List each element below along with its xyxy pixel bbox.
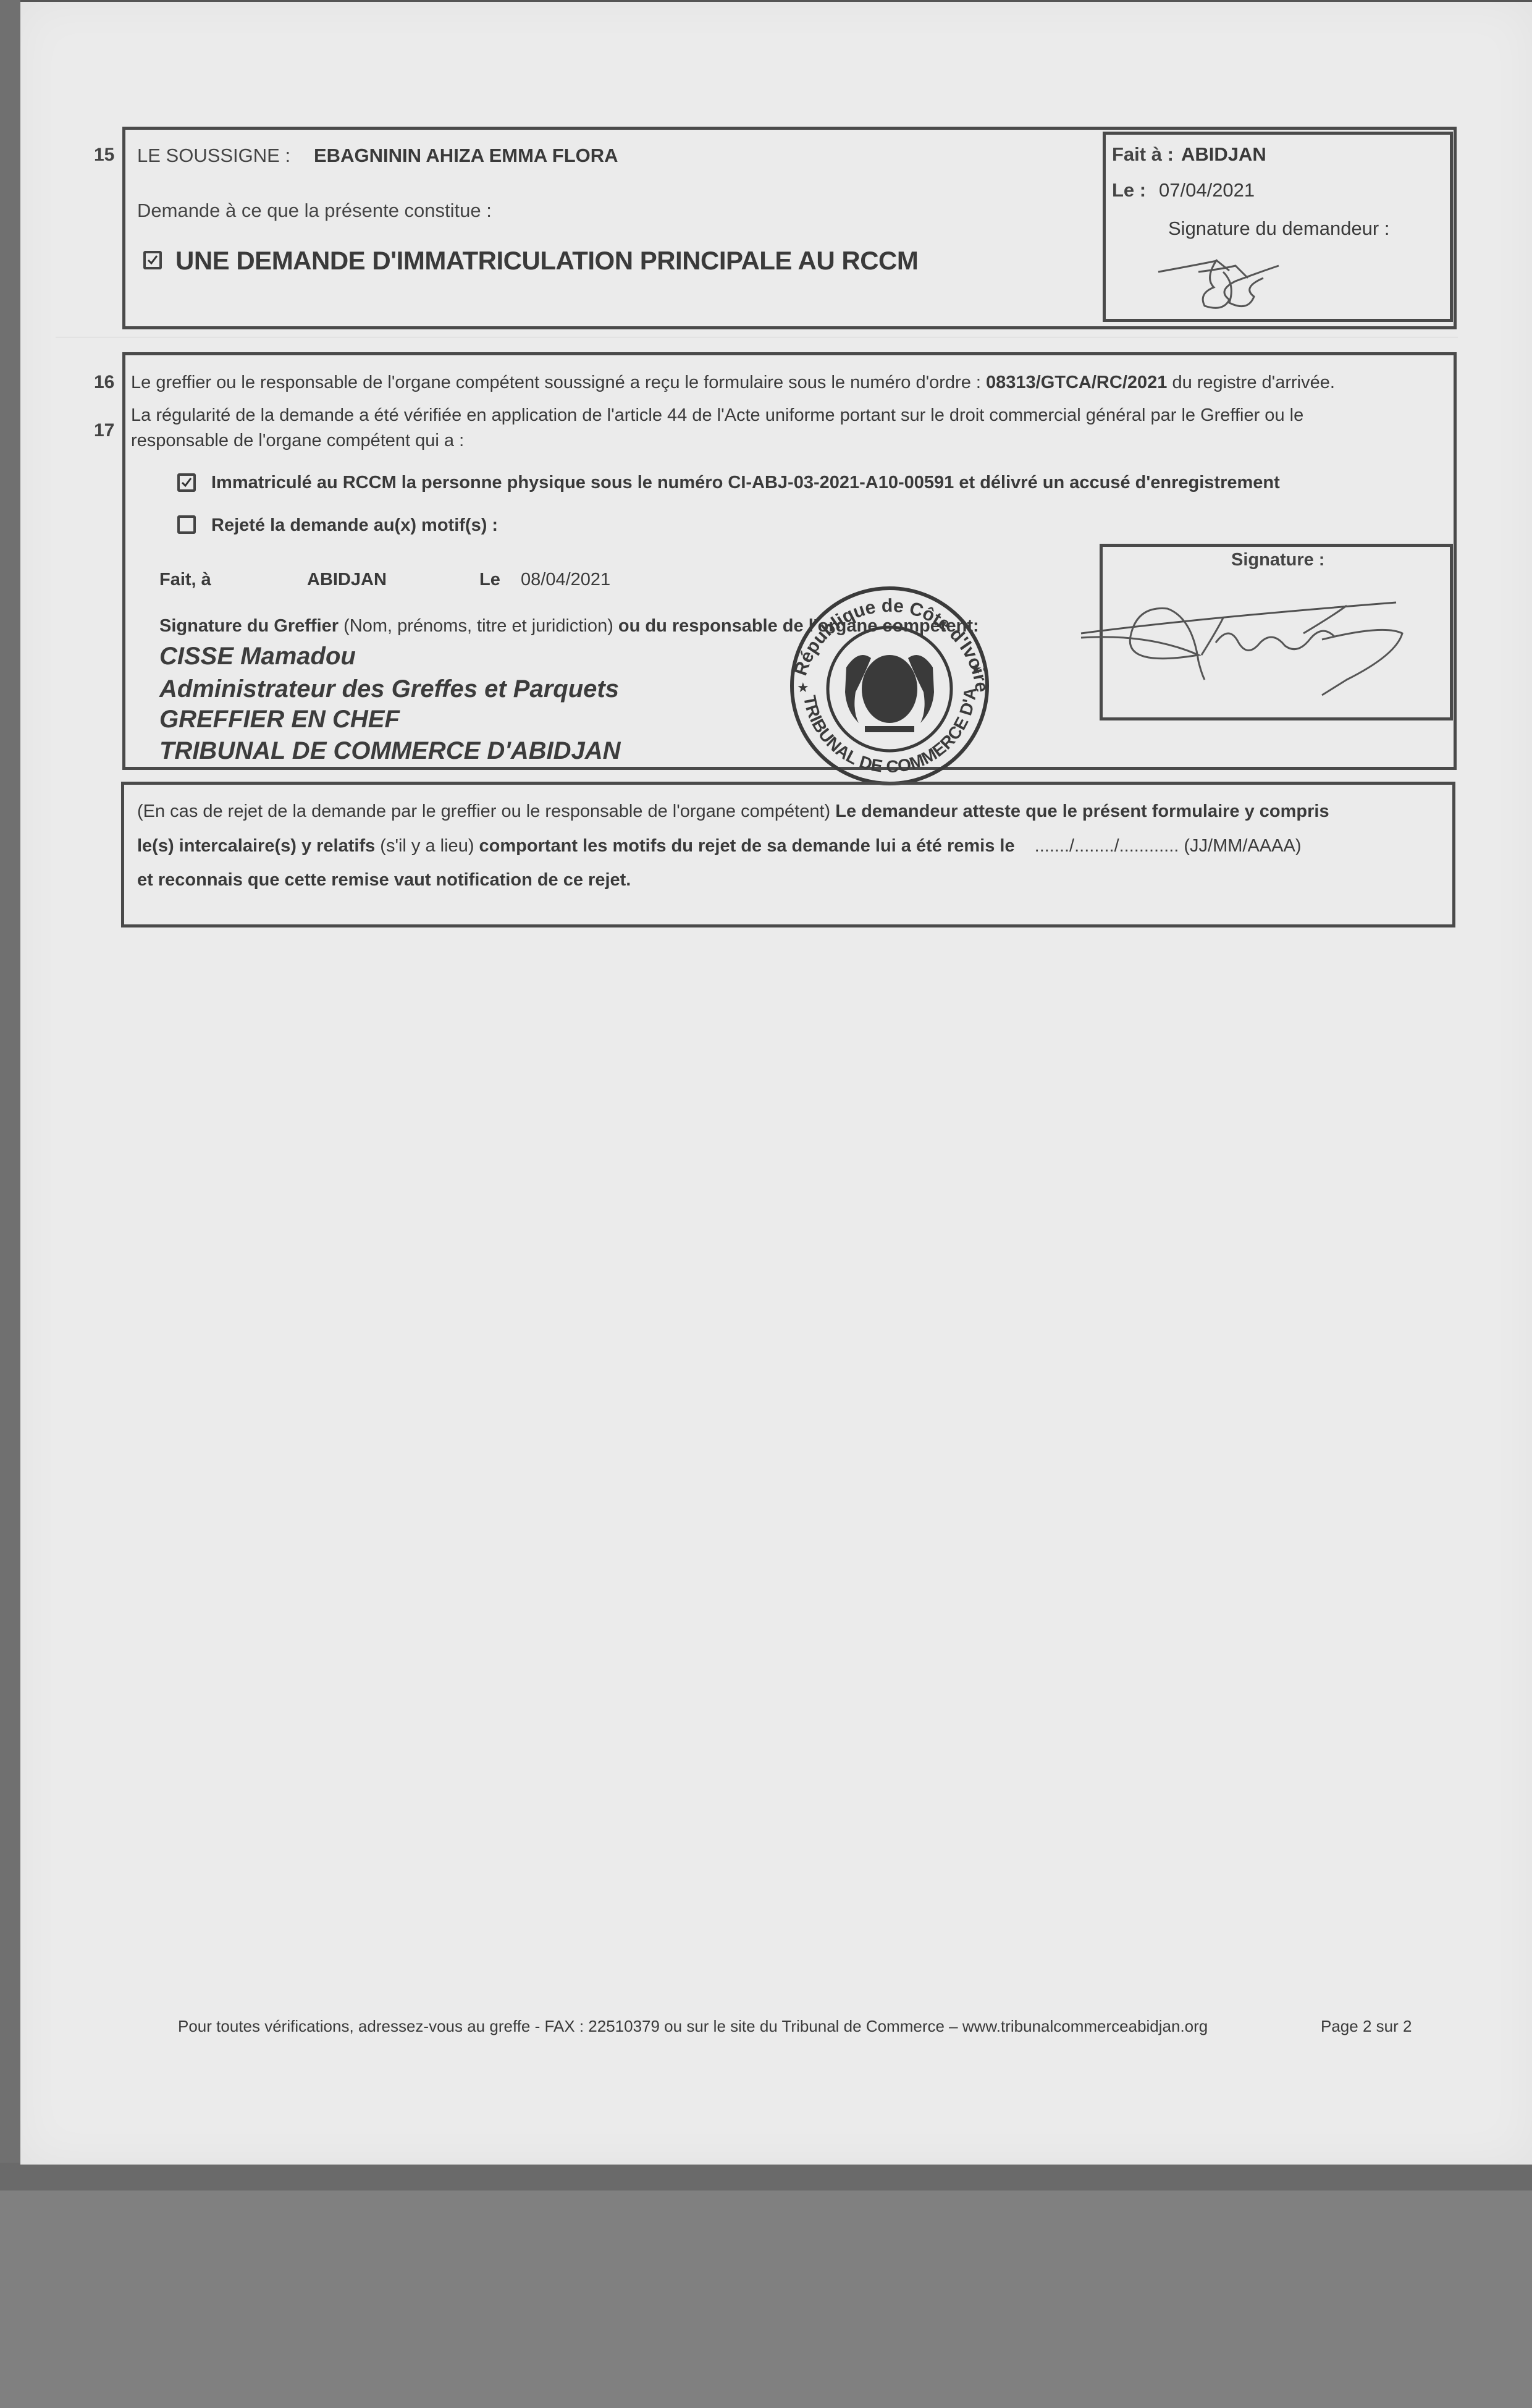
fait-value: ABIDJAN	[307, 570, 387, 590]
rejection-line-2: le(s) intercalaire(s) y relatifs (s'il y…	[137, 836, 1302, 856]
fait-a-value: ABIDJAN	[1181, 143, 1266, 166]
section-number-15: 15	[94, 145, 114, 166]
rejection-line-1: (En cas de rejet de la demande par le gr…	[137, 801, 1329, 822]
immatriculation-principale-checkbox[interactable]	[143, 251, 162, 269]
signature-greffier-bold: Signature du Greffier	[159, 616, 339, 636]
official-stamp-icon: République de Côte d'Ivoire TRIBUNAL DE …	[766, 581, 1013, 791]
soussigne-label: LE SOUSSIGNE :	[137, 145, 290, 167]
rejection-line-2-bold-a: le(s) intercalaire(s) y relatifs	[137, 836, 375, 856]
date-label: Le	[479, 570, 500, 590]
line-16-suffix: du registre d'arrivée.	[1172, 373, 1334, 392]
scanner-edge-left	[0, 0, 20, 2166]
greffier-name: CISSE Mamadou	[159, 643, 356, 670]
checkmark-icon	[180, 476, 193, 489]
line-17b: responsable de l'organe compétent qui a …	[131, 431, 464, 451]
fait-a-label: Fait à :	[1112, 143, 1174, 166]
order-number: 08313/GTCA/RC/2021	[986, 373, 1167, 392]
section-number-16: 16	[94, 372, 114, 393]
immatricule-suffix: et délivré un accusé d'enregistrement	[959, 473, 1279, 492]
rejection-date-format: (JJ/MM/AAAA)	[1184, 836, 1301, 856]
fait-label: Fait, à	[159, 570, 211, 590]
rejection-line-1-bold: Le demandeur atteste que le présent form…	[835, 801, 1329, 821]
rejete-checkbox[interactable]	[177, 515, 196, 534]
signature-label: Signature :	[1231, 550, 1324, 570]
greffier-signature-icon	[1075, 581, 1446, 717]
section-number-17: 17	[94, 420, 114, 441]
rccm-number: CI-ABJ-03-2021-A10-00591	[728, 473, 954, 492]
immatricule-checkbox[interactable]	[177, 473, 196, 492]
line-17a: La régularité de la demande a été vérifi…	[131, 405, 1303, 426]
date-value: 08/04/2021	[521, 570, 610, 590]
soussigne-name: EBAGNININ AHIZA EMMA FLORA	[314, 145, 618, 167]
footer-text: Pour toutes vérifications, adressez-vous…	[178, 2017, 1208, 2036]
rejection-line-1-normal: (En cas de rejet de la demande par le gr…	[137, 801, 830, 821]
demande-label: Demande à ce que la présente constitue :	[137, 200, 492, 222]
rejete-label: Rejeté la demande au(x) motif(s) :	[211, 515, 498, 536]
rejection-line-2-normal: (s'il y a lieu)	[380, 836, 474, 856]
rejection-date-field[interactable]: ......./......../............	[1035, 836, 1179, 856]
immatricule-prefix: Immatriculé au RCCM la personne physique…	[211, 473, 723, 492]
le-label: Le :	[1112, 179, 1146, 201]
immatricule-option: Immatriculé au RCCM la personne physique…	[211, 473, 1280, 493]
section-separator	[56, 337, 1458, 337]
signature-demandeur-label: Signature du demandeur :	[1168, 218, 1389, 240]
greffier-role: GREFFIER EN CHEF	[159, 706, 400, 733]
rejection-line-2-bold-b: comportant les motifs du rejet de sa dem…	[479, 836, 1015, 856]
greffier-jurisdiction: TRIBUNAL DE COMMERCE D'ABIDJAN	[159, 737, 621, 765]
scanner-edge-bottom	[0, 2163, 1532, 2190]
immatriculation-principale-label: UNE DEMANDE D'IMMATRICULATION PRINCIPALE…	[175, 246, 918, 276]
greffier-title: Administrateur des Greffes et Parquets	[159, 675, 619, 703]
signature-greffier-normal: (Nom, prénoms, titre et juridiction)	[343, 616, 613, 636]
line-16: Le greffier ou le responsable de l'organ…	[131, 373, 1335, 393]
demandeur-signature-icon	[1155, 253, 1285, 315]
rejection-line-3: et reconnais que cette remise vaut notif…	[137, 870, 631, 890]
svg-text:★: ★	[797, 680, 809, 695]
svg-text:★: ★	[970, 661, 982, 677]
le-value: 07/04/2021	[1159, 179, 1255, 201]
checkmark-icon	[146, 254, 159, 266]
line-16-prefix: Le greffier ou le responsable de l'organ…	[131, 373, 981, 392]
page-number: Page 2 sur 2	[1321, 2017, 1412, 2036]
